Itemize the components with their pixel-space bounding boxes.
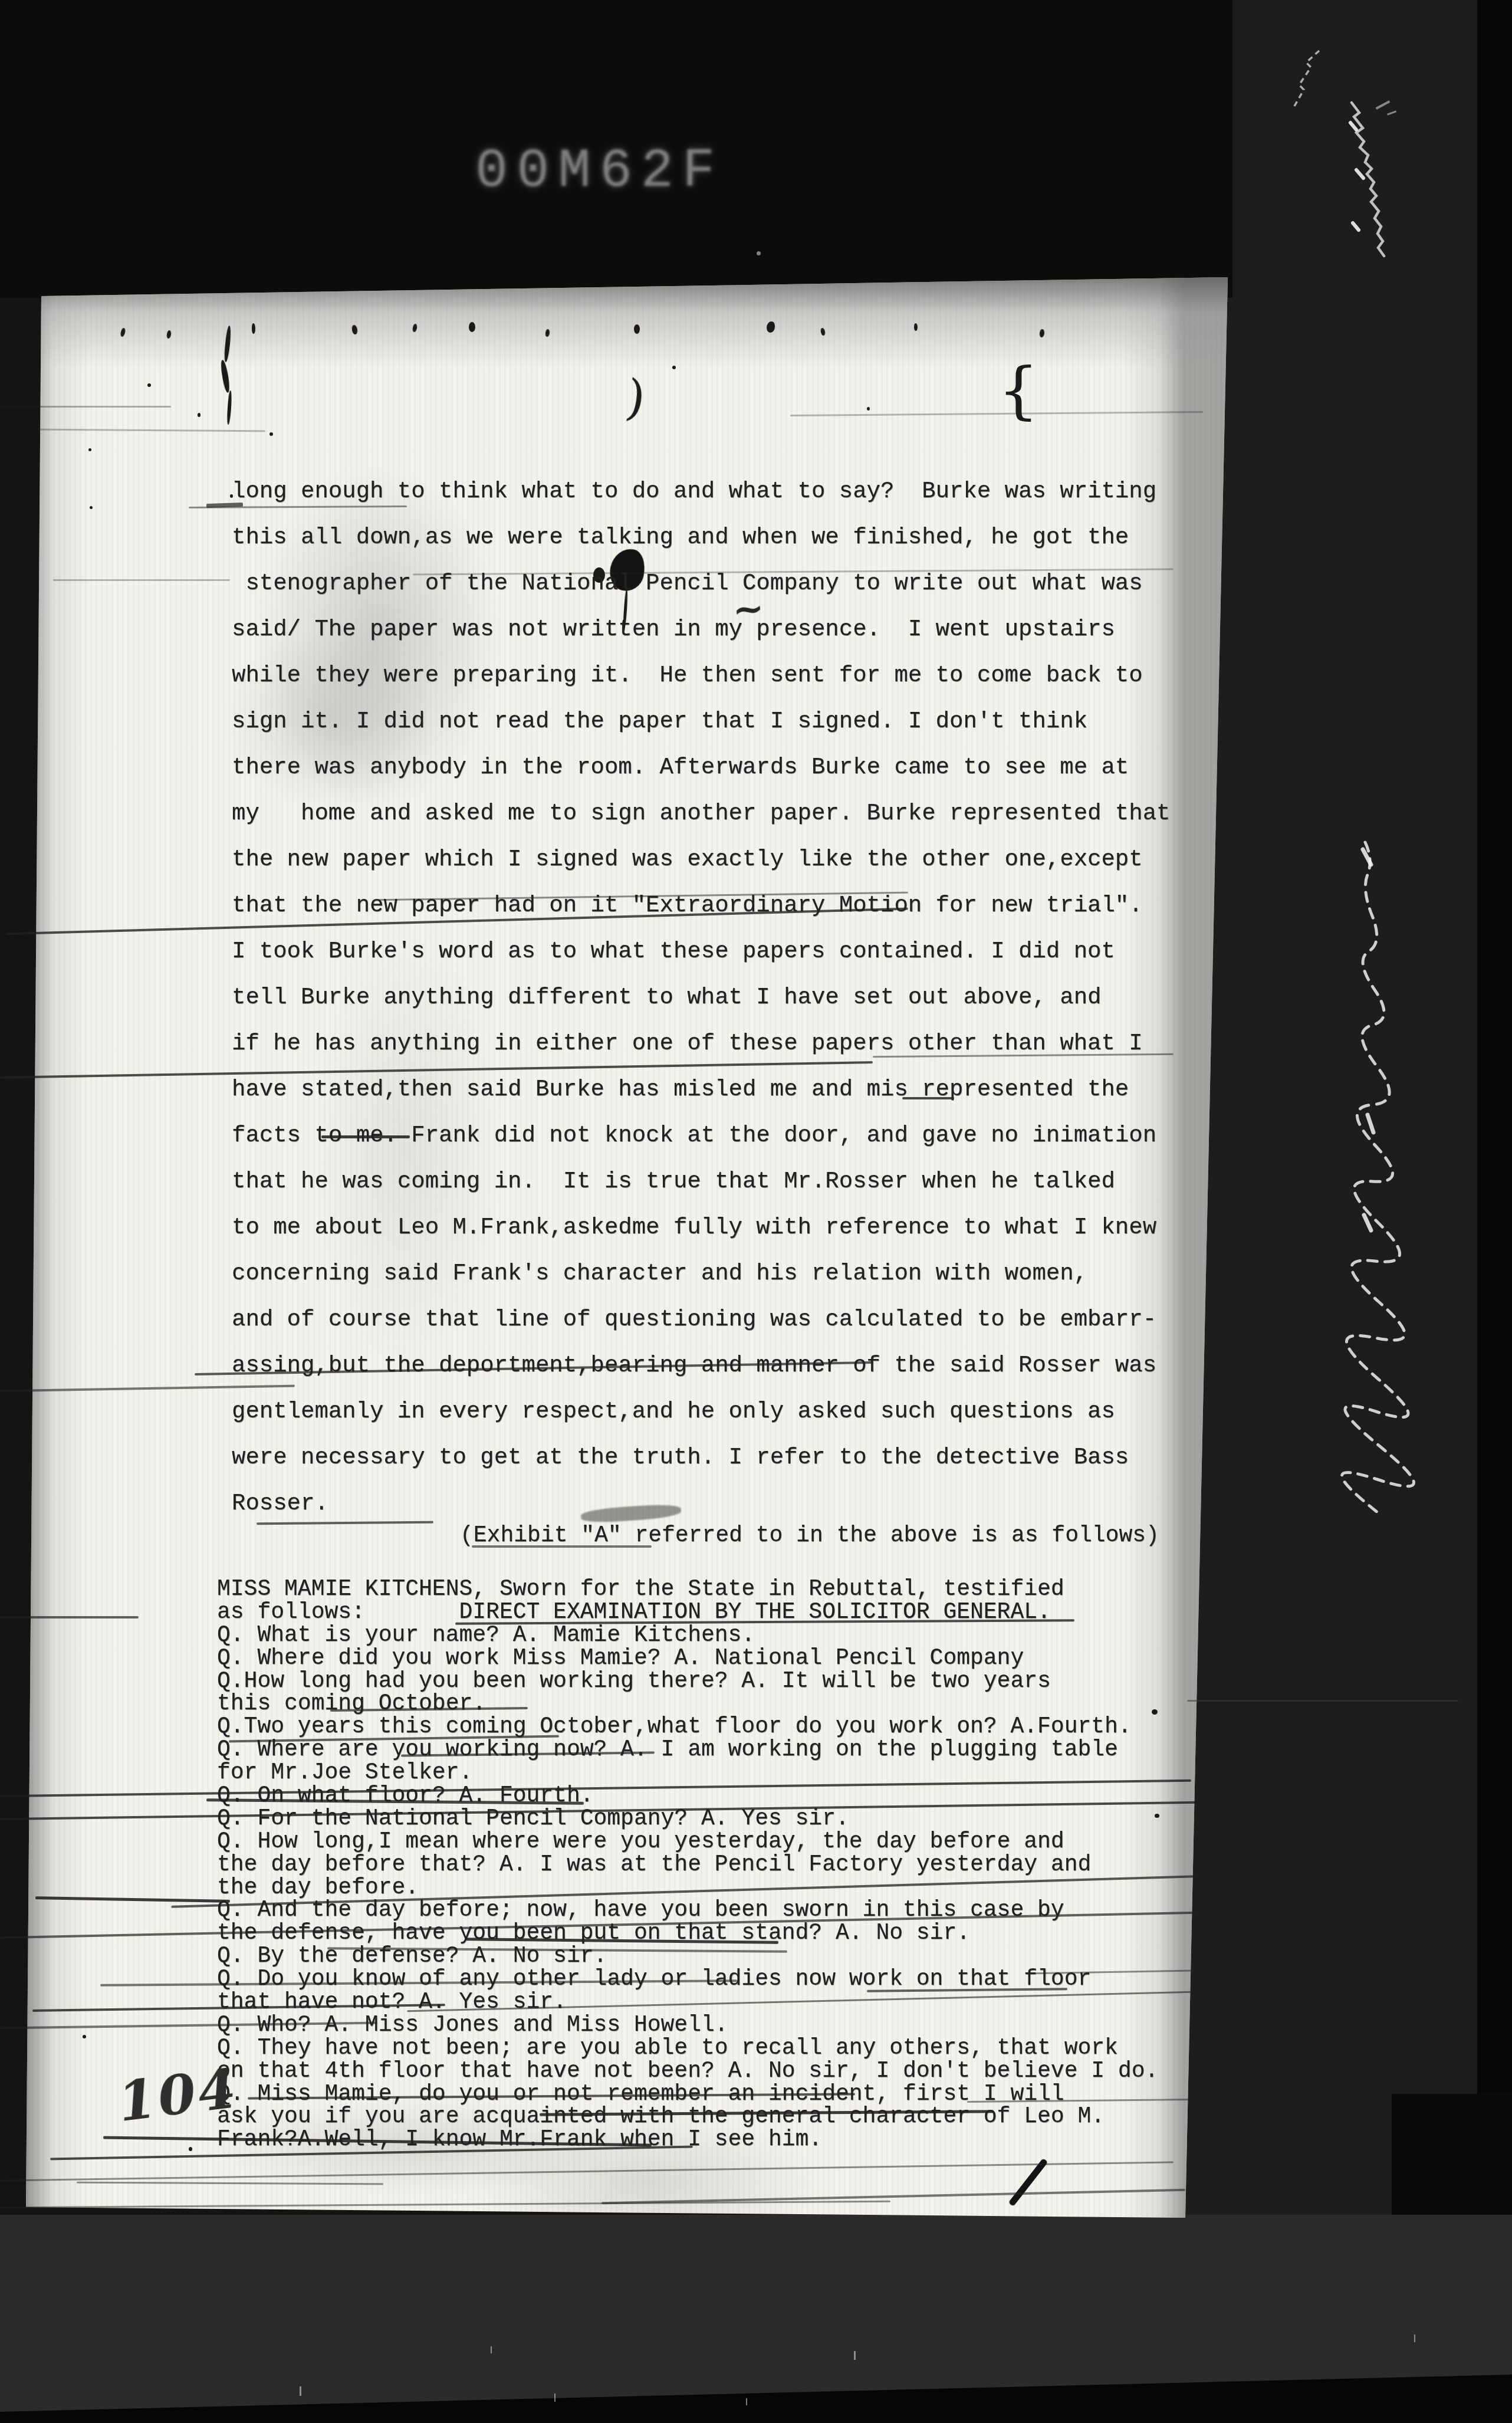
typed-line: this coming October. <box>217 1693 1158 1716</box>
typed-line: tell Burke anything different to what I … <box>232 974 1170 1020</box>
typed-line: sign it. I did not read the paper that I… <box>232 698 1170 744</box>
typed-line: my home and asked me to sign another pap… <box>232 790 1170 836</box>
typed-line: Frank?A.Well, I know Mr.Frank when I see… <box>217 2129 1158 2152</box>
typed-line: Q. Where did you work Miss Mamie? A. Nat… <box>217 1647 1158 1670</box>
typed-line: while they were preparing it. He then se… <box>232 652 1170 698</box>
typed-line: were necessary to get at the truth. I re… <box>232 1434 1170 1480</box>
typed-line: for Mr.Joe Stelker. <box>217 1762 1158 1785</box>
typed-line: Q. What is your name? A. Mamie Kitchens. <box>217 1624 1158 1647</box>
typed-line: that he was coming in. It is true that M… <box>232 1158 1170 1204</box>
typed-line: long enough to think what to do and what… <box>232 468 1170 514</box>
exhibit-reference-line: (Exhibit "A" referred to in the above is… <box>460 1525 1159 1547</box>
typed-line: Q.How long had you been working there? A… <box>217 1670 1158 1693</box>
typed-line: Q. By the defense? A. No sir. <box>217 1945 1158 1968</box>
typed-line: concerning said Frank's character and hi… <box>232 1250 1170 1296</box>
typed-line: the new paper which I signed was exactly… <box>232 836 1170 882</box>
film-dust-dot <box>757 251 761 255</box>
typed-line: Q. They have not been; are you able to r… <box>217 2037 1158 2060</box>
testimony-qa-text: MISS MAMIE KITCHENS, Sworn for the State… <box>217 1578 1158 2152</box>
typed-line: Q.Two years this coming October,what flo… <box>217 1716 1158 1739</box>
typed-line: Q. And the day before; now, have you bee… <box>217 1899 1158 1922</box>
typed-line: that the new paper had on it "Extraordin… <box>232 882 1170 928</box>
film-frame-code: 00M62F <box>475 140 724 202</box>
typed-line: Q. Miss Mamie, do you or not remember an… <box>217 2083 1158 2106</box>
microfilm-document-scan: 00M62F <box>0 0 1512 2423</box>
typed-line: Q. For the National Pencil Company? A. Y… <box>217 1808 1158 1831</box>
brace-ink-mark: { <box>998 354 1039 426</box>
typed-line: as follows: DIRECT EXAMINATION BY THE SO… <box>217 1601 1158 1624</box>
typed-line: there was anybody in the room. Afterward… <box>232 744 1170 790</box>
typed-line: this all down,as we were talking and whe… <box>232 514 1170 560</box>
typed-line: Q. How long,I mean where were you yester… <box>217 1831 1158 1854</box>
typed-line: and of course that line of questioning w… <box>232 1296 1170 1342</box>
typed-line: the defense, have you been put on that s… <box>217 1922 1158 1945</box>
typed-line: on that 4th floor that have not been? A.… <box>217 2060 1158 2083</box>
typed-line: gentlemanly in every respect,and he only… <box>232 1388 1170 1434</box>
typed-line: Q. Where are you working now? A. I am wo… <box>217 1739 1158 1762</box>
typed-line: Rosser. <box>232 1480 1170 1526</box>
typed-line: said/ The paper was not written in my pr… <box>232 606 1170 652</box>
typed-line: the day before that? A. I was at the Pen… <box>217 1854 1158 1877</box>
typed-line: Q. On what floor? A. Fourth. <box>217 1785 1158 1808</box>
typed-line: stenographer of the National Pencil Comp… <box>232 560 1170 606</box>
typed-line: MISS MAMIE KITCHENS, Sworn for the State… <box>217 1578 1158 1601</box>
typed-line: Q. Do you know of any other lady or ladi… <box>217 1968 1158 1991</box>
film-scratch-mark <box>1339 99 1380 300</box>
typed-line: I took Burke's word as to what these pap… <box>232 928 1170 974</box>
typed-line: that have not? A. Yes sir. <box>217 1991 1158 2014</box>
typed-line: ask you if you are acquainted with the g… <box>217 2106 1158 2129</box>
typed-line: facts to me. Frank did not knock at the … <box>232 1112 1170 1158</box>
affidavit-body-text: long enough to think what to do and what… <box>232 468 1170 1526</box>
typed-line: the day before. <box>217 1877 1158 1900</box>
typed-line: have stated,then said Burke has misled m… <box>232 1066 1170 1112</box>
film-scratch-mark <box>1289 47 1330 112</box>
typed-line: Q. Who? A. Miss Jones and Miss Howell. <box>217 2014 1158 2037</box>
typed-line: to me about Leo M.Frank,askedme fully wi… <box>232 1204 1170 1250</box>
film-scratch-mark <box>1347 838 1395 1457</box>
film-right-dark-edge <box>1477 0 1512 2100</box>
typed-line: if he has anything in either one of thes… <box>232 1020 1170 1066</box>
typed-line: assing,but the deportment,bearing and ma… <box>232 1342 1170 1388</box>
